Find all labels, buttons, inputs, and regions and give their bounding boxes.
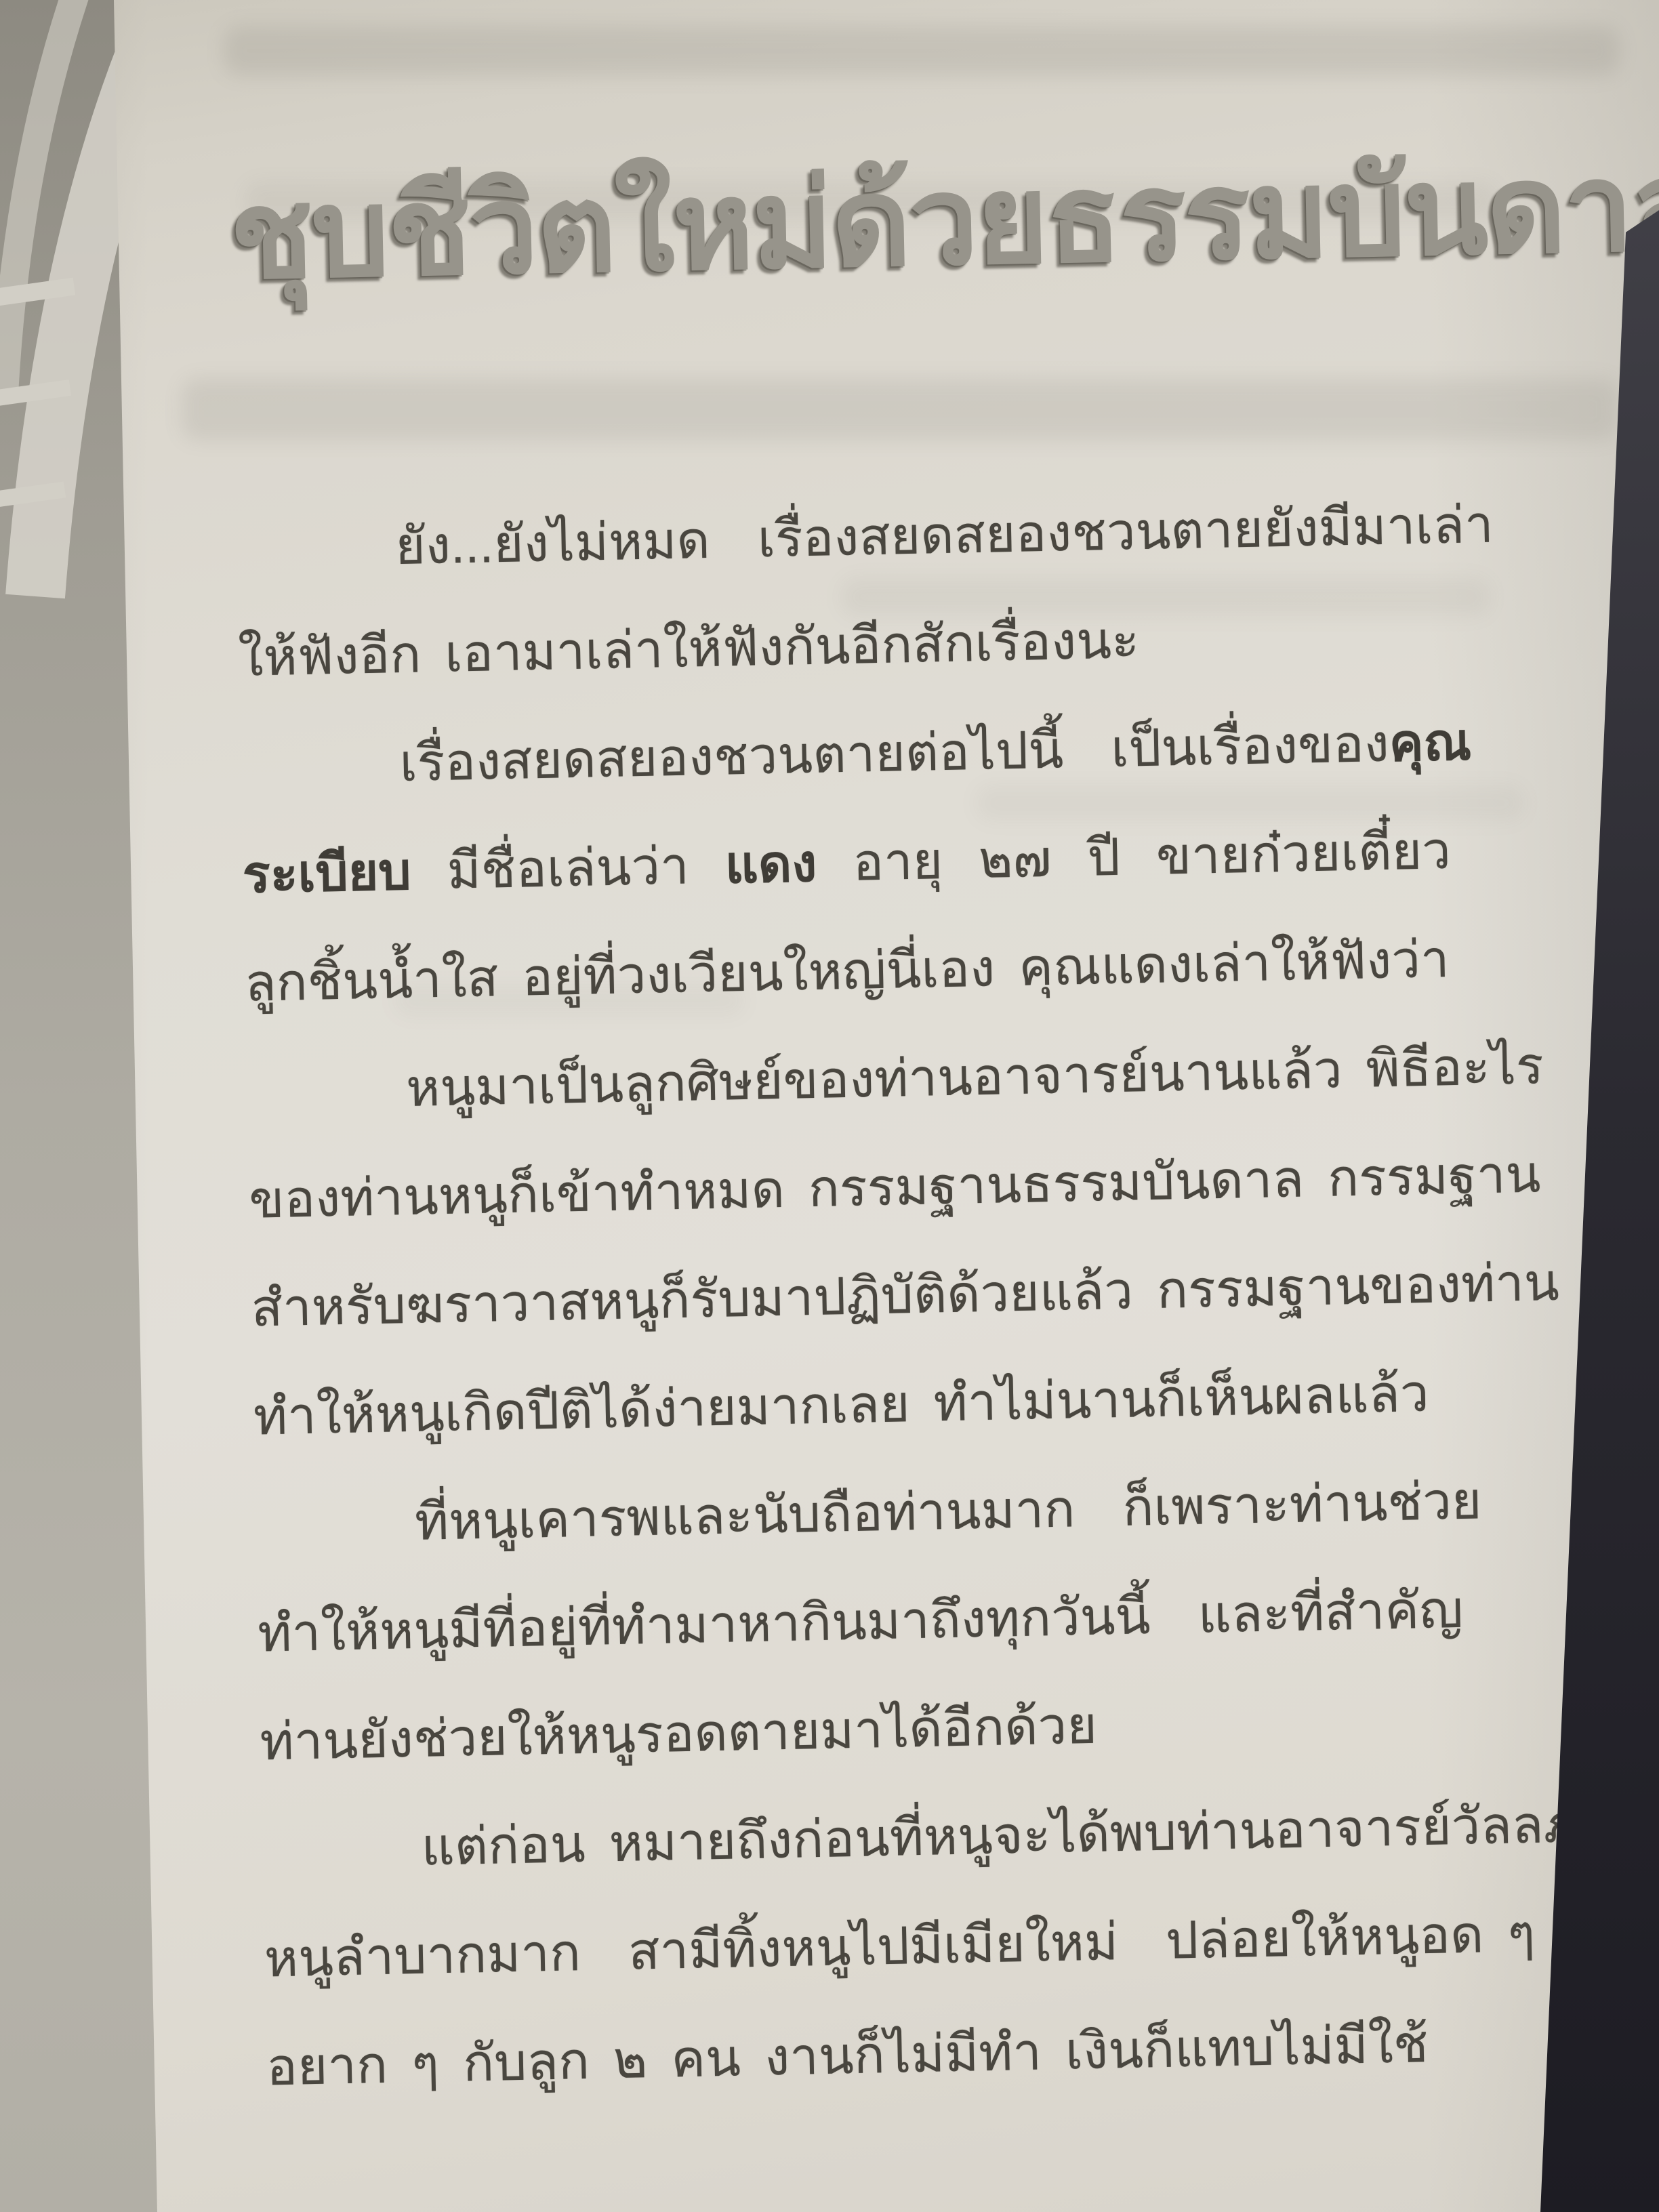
paper-page: ชุบชีวิตใหม่ด้วยธรรมบันดาล ยัง...ยังไม่ห…	[0, 0, 1659, 2212]
body-text: ยัง...ยังไม่หมด เรื่องสยดสยองชวนตายยังมี…	[235, 471, 1508, 2122]
person-nickname-bold: แดง	[724, 835, 817, 895]
person-name-bold: ระเบียบ	[242, 843, 411, 904]
bleedthrough-ghost	[224, 26, 1620, 76]
body-text-segment: มีชื่อเล่นว่า	[411, 837, 726, 901]
chapter-title: ชุบชีวิตใหม่ด้วยธรรมบันดาล	[228, 122, 1471, 323]
printed-content: ชุบชีวิตใหม่ด้วยธรรมบันดาล ยัง...ยังไม่ห…	[227, 85, 1507, 2122]
person-name-bold: คุณ	[1389, 713, 1472, 772]
body-text-segment: อายุ ๒๗ ปี ขายก๋วยเตี๋ยว	[816, 822, 1451, 893]
body-text-segment: เรื่องสยดสยองชวนตายต่อไปนี้ เป็นเรื่องขอ…	[399, 715, 1390, 792]
